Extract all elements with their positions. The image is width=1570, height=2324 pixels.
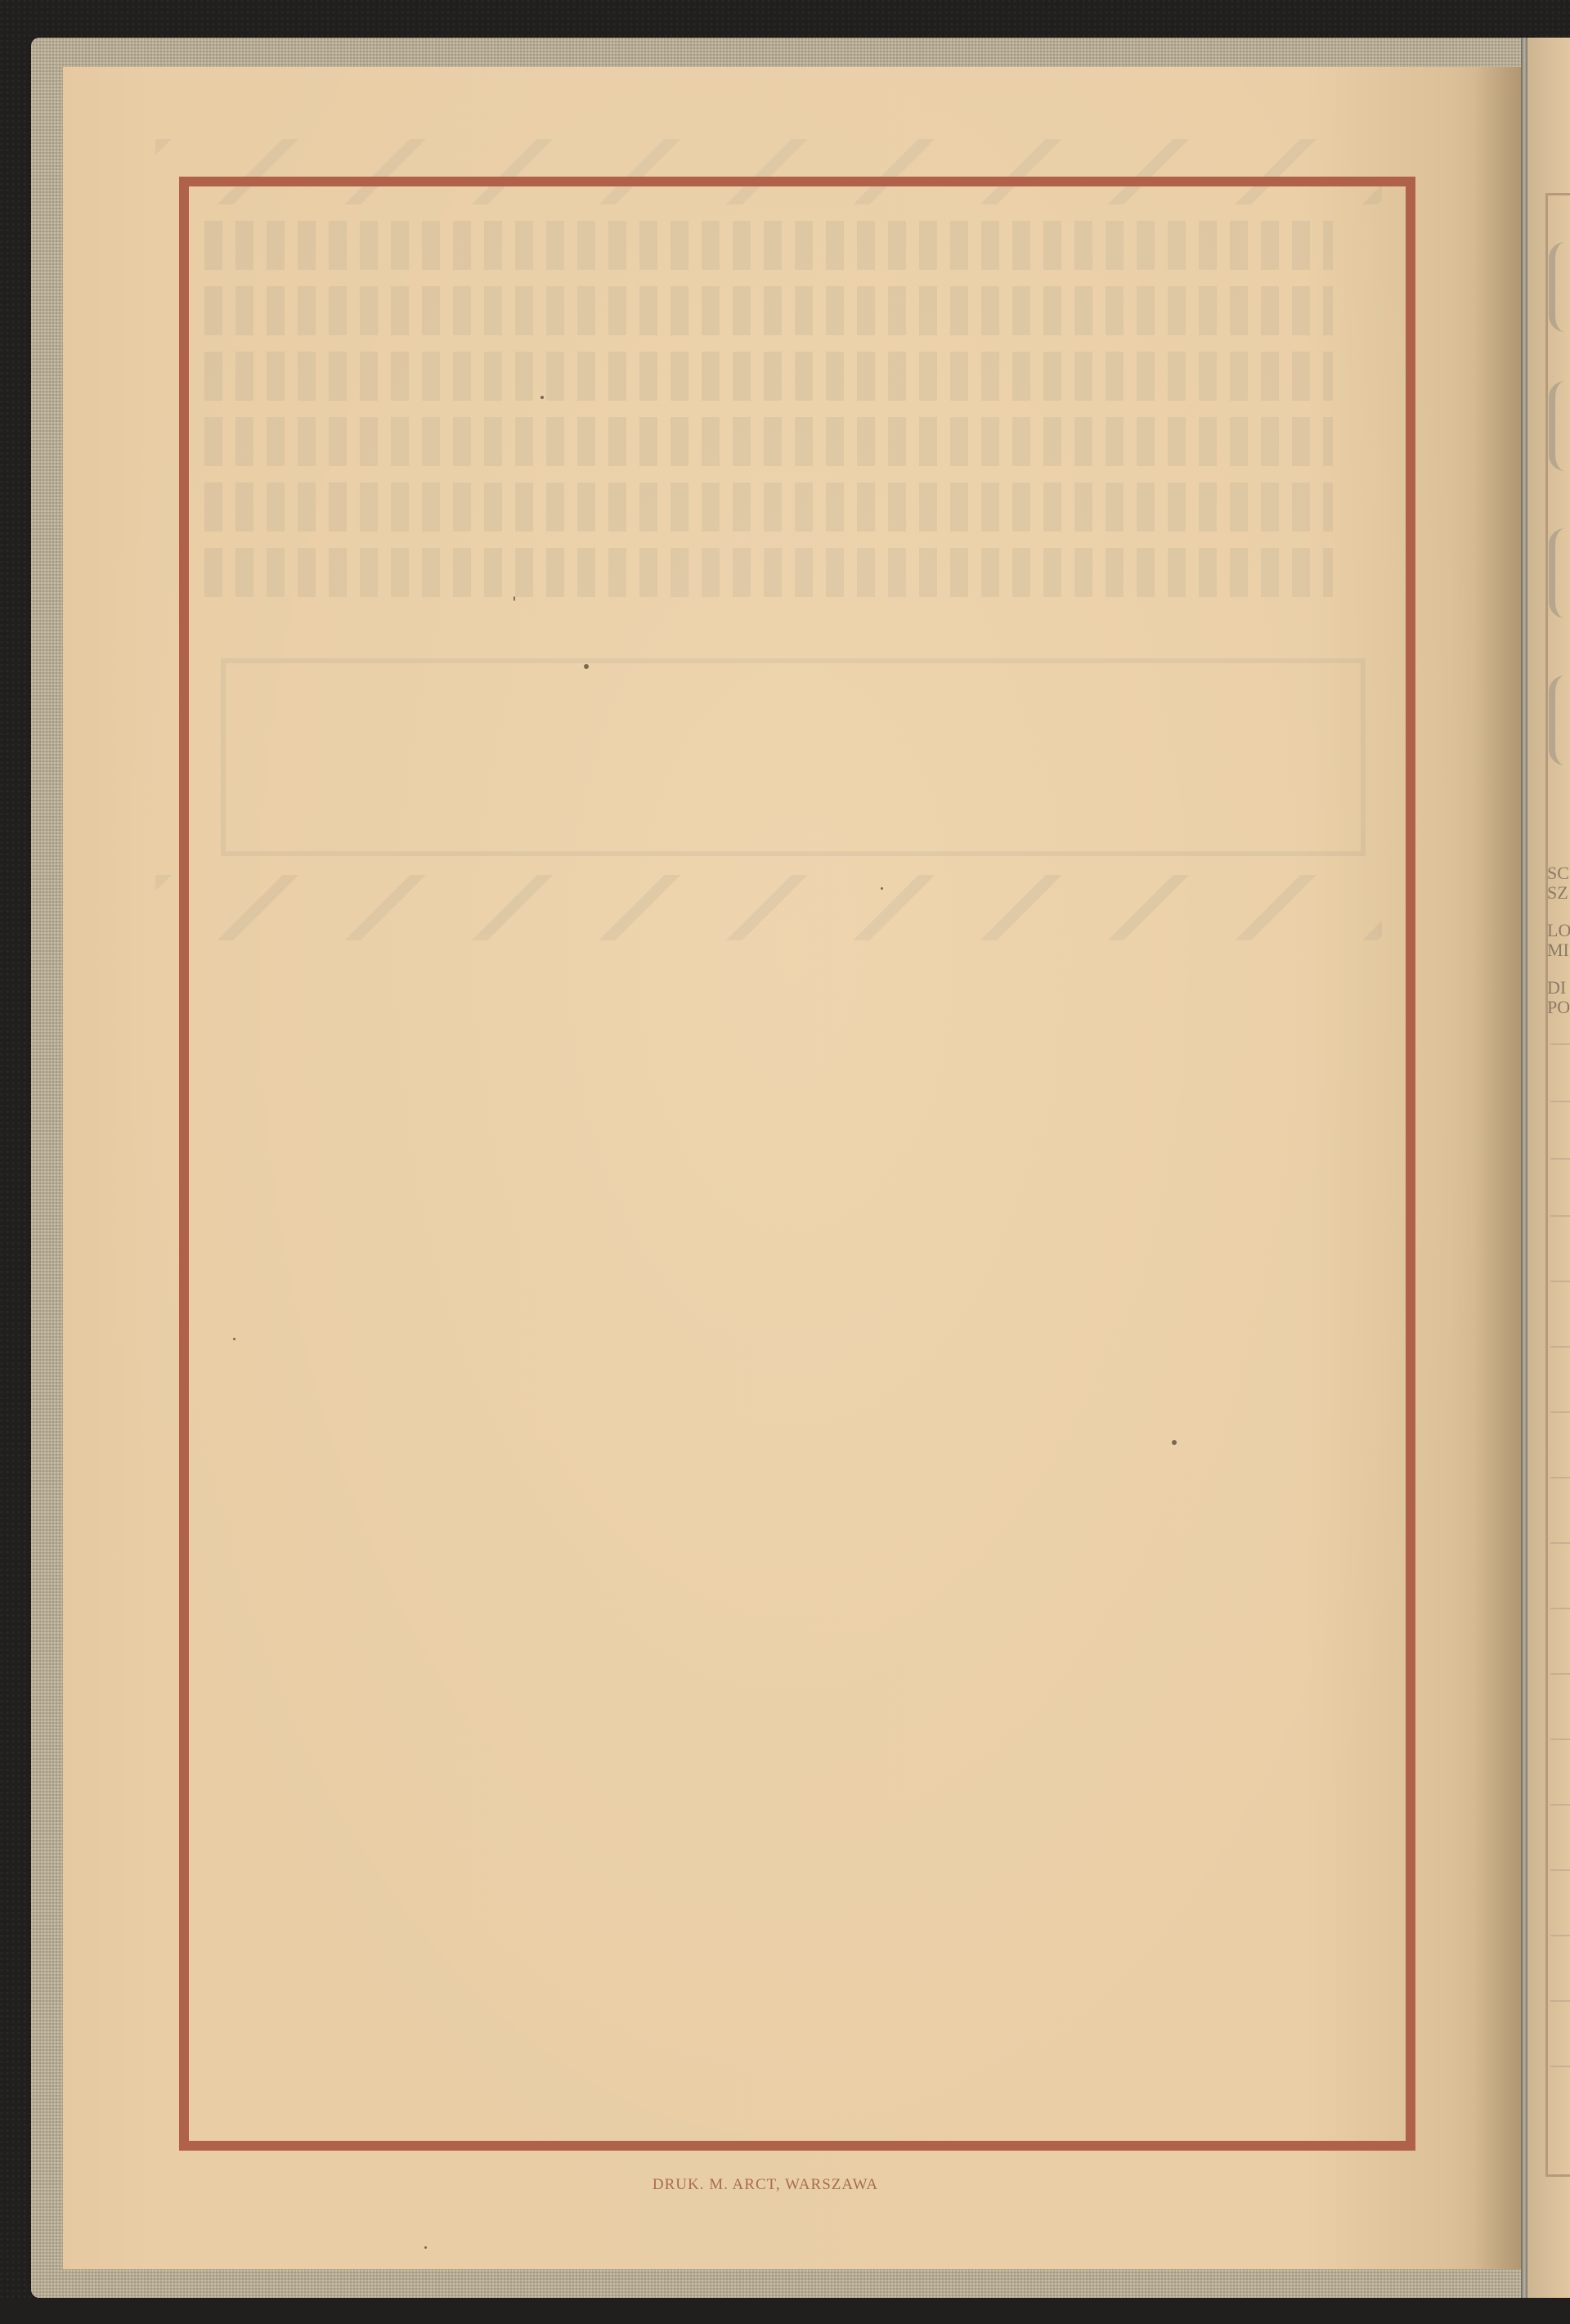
- fragment-text: SC: [1547, 863, 1569, 883]
- adjacent-page-frame: [1545, 193, 1570, 2177]
- handwritten-line: [1550, 2000, 1570, 2002]
- printed-red-border-frame: [179, 177, 1415, 2151]
- adjacent-page-fragment: DIPO: [1547, 978, 1570, 1017]
- ink-blot: [584, 664, 589, 669]
- handwritten-line: [1550, 1739, 1570, 1740]
- fragment-text: SZ: [1547, 882, 1568, 903]
- handwritten-line: [1550, 2066, 1570, 2067]
- handwritten-line: [1550, 1477, 1570, 1478]
- handwritten-line: [1550, 1542, 1570, 1544]
- handwritten-line: [1550, 1869, 1570, 1871]
- fragment-text: MI: [1547, 940, 1569, 960]
- fragment-text: LO: [1547, 920, 1570, 940]
- handwritten-line: [1550, 1281, 1570, 1282]
- printer-imprint-text: DRUK. M. ARCT, WARSZAWA: [653, 2176, 878, 2194]
- adjacent-page-fragment: LOMI: [1547, 921, 1570, 960]
- handwritten-line: [1550, 1158, 1570, 1160]
- adjacent-right-page: SCSZ LOMI DIPO: [1527, 38, 1570, 2324]
- paper-speck: [541, 396, 544, 399]
- fragment-text: PO: [1547, 997, 1570, 1017]
- adjacent-page-ornament: [1549, 675, 1570, 765]
- fragment-text: DI: [1547, 977, 1566, 998]
- handwritten-line: [1550, 1608, 1570, 1609]
- handwritten-line: [1550, 1935, 1570, 1936]
- handwritten-line: [1550, 1673, 1570, 1675]
- adjacent-page-ornament: [1549, 528, 1570, 618]
- paper-speck: [1172, 1440, 1177, 1445]
- handwritten-line: [1550, 1215, 1570, 1217]
- printer-imprint: DRUK. M. ARCT, WARSZAWA: [0, 2176, 1570, 2194]
- paper-speck: [424, 2246, 427, 2249]
- paper-speck: [233, 1338, 235, 1340]
- handwritten-line: [1550, 1101, 1570, 1102]
- adjacent-page-fragment: SCSZ: [1547, 864, 1569, 903]
- paper-speck: [881, 887, 883, 890]
- paper-speck: [514, 596, 515, 601]
- adjacent-page-ornament: [1549, 381, 1570, 471]
- handwritten-line: [1550, 1043, 1570, 1045]
- handwritten-line: [1550, 1804, 1570, 1806]
- adjacent-page-ornament: [1549, 242, 1570, 332]
- handwritten-line: [1550, 1411, 1570, 1413]
- handwritten-line: [1550, 1346, 1570, 1348]
- scan-background-bottom: [0, 2298, 1570, 2324]
- gutter-shadow: [1474, 67, 1523, 2269]
- book-spine-gutter: [1521, 38, 1527, 2324]
